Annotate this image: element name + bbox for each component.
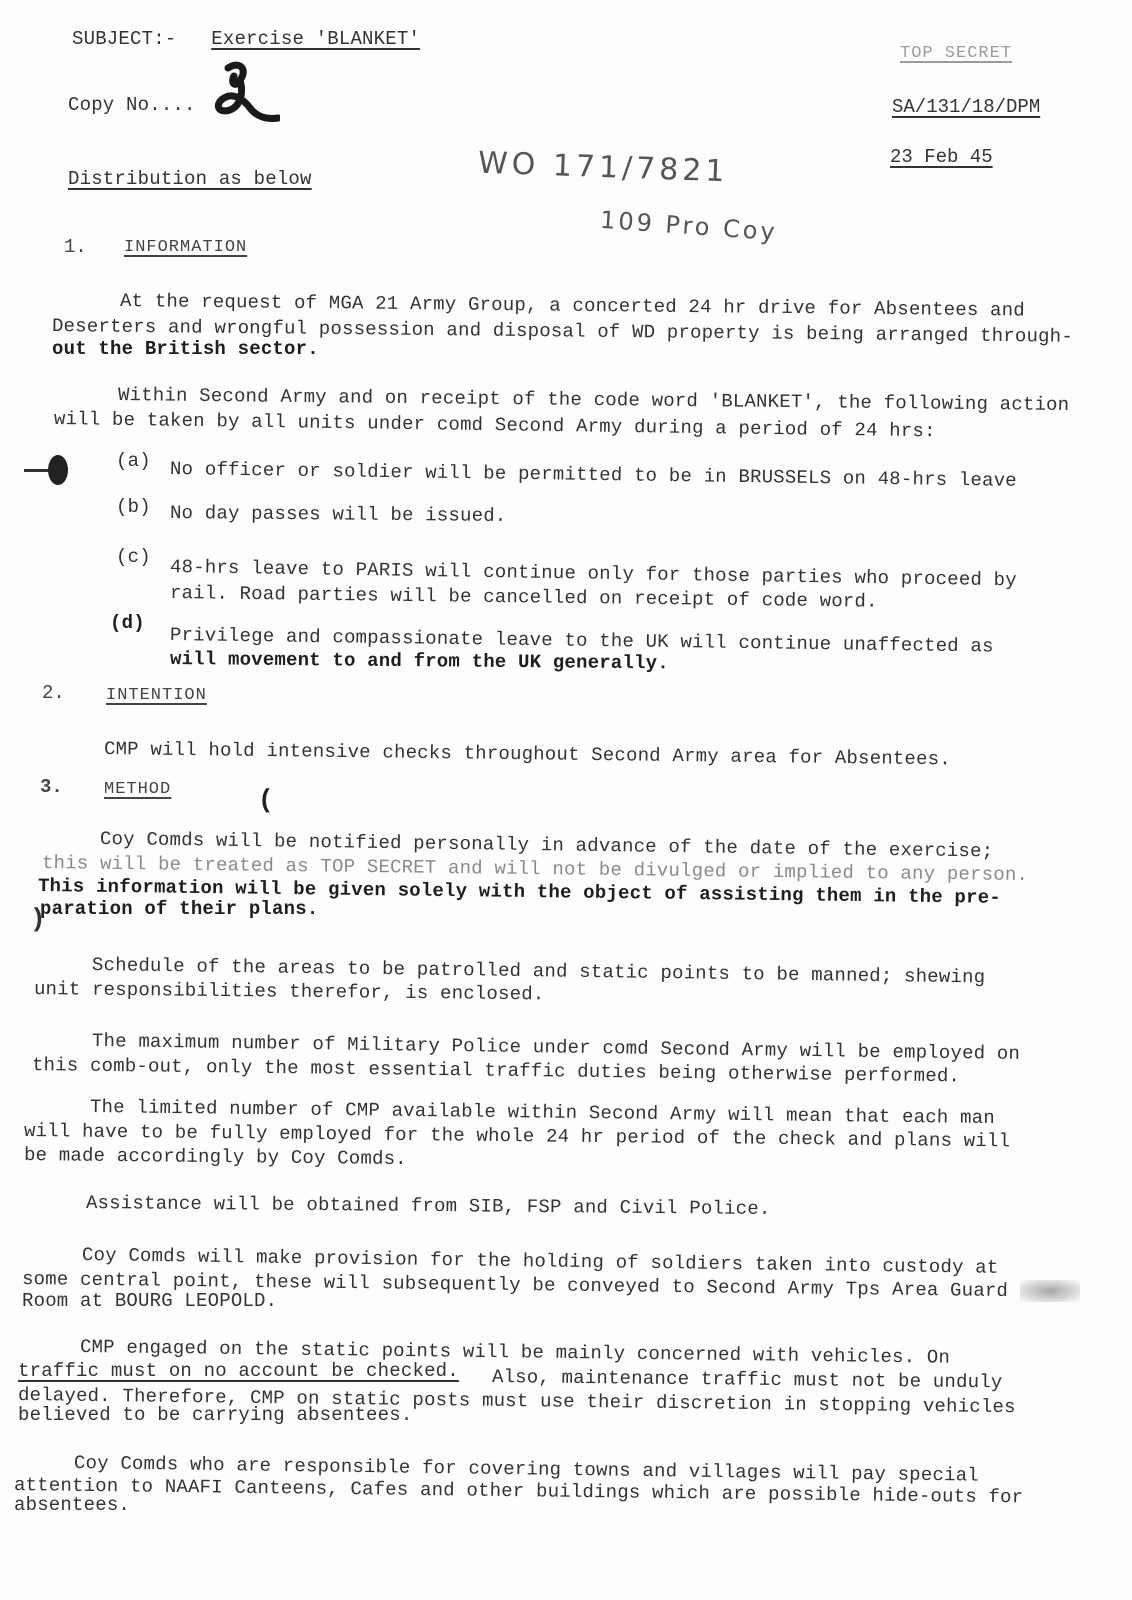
handwritten-copy-number-icon (200, 60, 280, 126)
section-1-heading: INFORMATION (124, 238, 247, 257)
s3-p6-line3: Room at BOURG LEOPOLD. (22, 1290, 277, 1312)
item-b-label: (b) (116, 496, 151, 518)
reference-number: SA/131/18/DPM (892, 96, 1040, 118)
s1-para1-line3: out the British sector. (52, 338, 319, 360)
item-c-label: (c) (116, 546, 151, 568)
margin-mark: ) (30, 904, 46, 934)
punch-mark (24, 469, 50, 472)
section-3-number: 3. (40, 776, 63, 798)
item-a-label: (a) (116, 450, 151, 472)
copy-label: Copy No.... (68, 94, 196, 116)
s3-p7-line2-underlined: traffic must on no account be checked. (18, 1360, 459, 1382)
subject-label: SUBJECT:- (72, 28, 176, 50)
handwritten-archive-ref: WO 171/7821 (477, 146, 729, 190)
copy-number: Copy No.... (68, 94, 196, 116)
distribution-line: Distribution as below (68, 168, 312, 190)
handwritten-unit: 109 Pro Coy (599, 206, 778, 246)
section-2-heading: INTENTION (106, 686, 207, 705)
s2-para-line1: CMP will hold intensive checks throughou… (104, 738, 951, 770)
item-a-line1: No officer or soldier will be permitted … (170, 458, 1017, 492)
s3-p2-line2: unit responsibilities therefor, is enclo… (34, 978, 545, 1005)
document-page: SUBJECT:- Exercise 'BLANKET' Copy No....… (0, 0, 1132, 1600)
document-date: 23 Feb 45 (890, 146, 993, 168)
s3-p5-line1: Assistance will be obtained from SIB, FS… (86, 1192, 771, 1220)
subject-value: Exercise 'BLANKET' (211, 28, 420, 50)
s3-p7-line2-rest: Also, maintenance traffic must not be un… (492, 1366, 1003, 1393)
s3-p8-line3: absentees. (14, 1494, 130, 1516)
section-3-heading: METHOD (104, 780, 171, 799)
ink-smudge (1020, 1280, 1080, 1302)
s3-p1-line4: paration of their plans. (40, 898, 318, 920)
distribution-text: Distribution as below (68, 168, 312, 190)
s3-p4-line3: be made accordingly by Coy Comds. (24, 1144, 407, 1170)
item-b-line1: No day passes will be issued. (170, 502, 507, 527)
s3-p7-line4: believed to be carrying absentees. (18, 1404, 412, 1426)
section-1-number: 1. (64, 236, 87, 258)
item-d-line2: will movement to and from the UK general… (170, 648, 669, 674)
section-2-number: 2. (42, 682, 65, 704)
item-d-label: (d) (110, 612, 145, 634)
bracket-mark: ( (258, 785, 274, 815)
subject-line: SUBJECT:- Exercise 'BLANKET' (72, 28, 420, 50)
classification-stamp: TOP SECRET (900, 44, 1012, 63)
punch-hole-icon (48, 455, 68, 485)
